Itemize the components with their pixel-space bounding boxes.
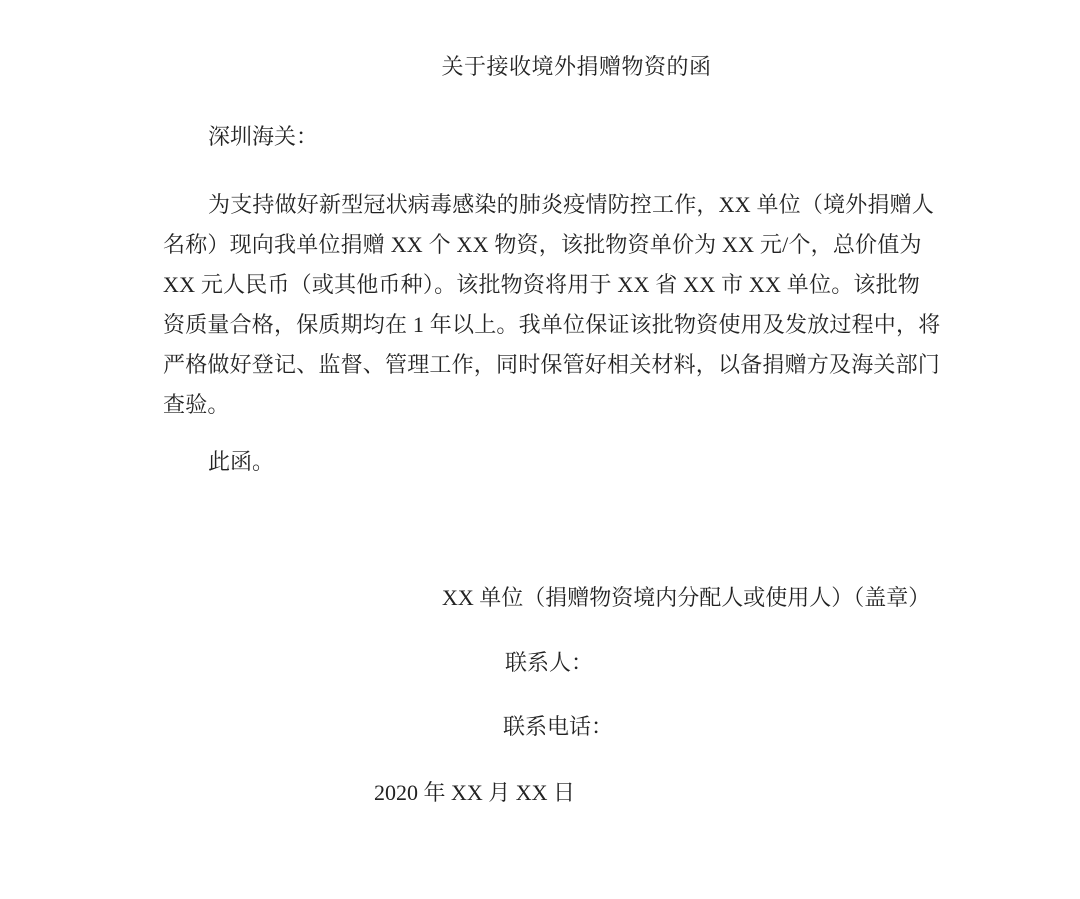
body-line: 为支持做好新型冠状病毒感染的肺炎疫情防控工作，XX 单位（境外捐赠人 bbox=[208, 185, 990, 225]
page-title: 关于接收境外捐赠物资的函 bbox=[163, 0, 990, 82]
body-line: 资质量合格，保质期均在 1 年以上。我单位保证该批物资使用及发放过程中，将 bbox=[163, 305, 990, 345]
salutation: 深圳海关： bbox=[208, 122, 990, 152]
closing-phrase: 此函。 bbox=[208, 447, 990, 477]
body-line: 严格做好登记、监督、管理工作，同时保管好相关材料，以备捐赠方及海关部门 bbox=[163, 345, 990, 385]
contact-person-label: 联系人： bbox=[505, 648, 990, 678]
body-line: 名称）现向我单位捐赠 XX 个 XX 物资，该批物资单价为 XX 元/个，总价值… bbox=[163, 225, 990, 265]
body-line: XX 元人民币（或其他币种）。该批物资将用于 XX 省 XX 市 XX 单位。该… bbox=[163, 265, 990, 305]
letter-content: 关于接收境外捐赠物资的函 深圳海关： 为支持做好新型冠状病毒感染的肺炎疫情防控工… bbox=[0, 0, 1080, 808]
signature-unit: XX 单位（捐赠物资境内分配人或使用人）（盖章） bbox=[442, 583, 990, 613]
body-line: 查验。 bbox=[163, 385, 990, 425]
body-paragraph: 为支持做好新型冠状病毒感染的肺炎疫情防控工作，XX 单位（境外捐赠人 名称）现向… bbox=[163, 185, 990, 425]
contact-phone-label: 联系电话： bbox=[503, 712, 990, 742]
letter-page: 关于接收境外捐赠物资的函 深圳海关： 为支持做好新型冠状病毒感染的肺炎疫情防控工… bbox=[0, 0, 1080, 899]
date-line: 2020 年 XX 月 XX 日 bbox=[374, 778, 990, 808]
